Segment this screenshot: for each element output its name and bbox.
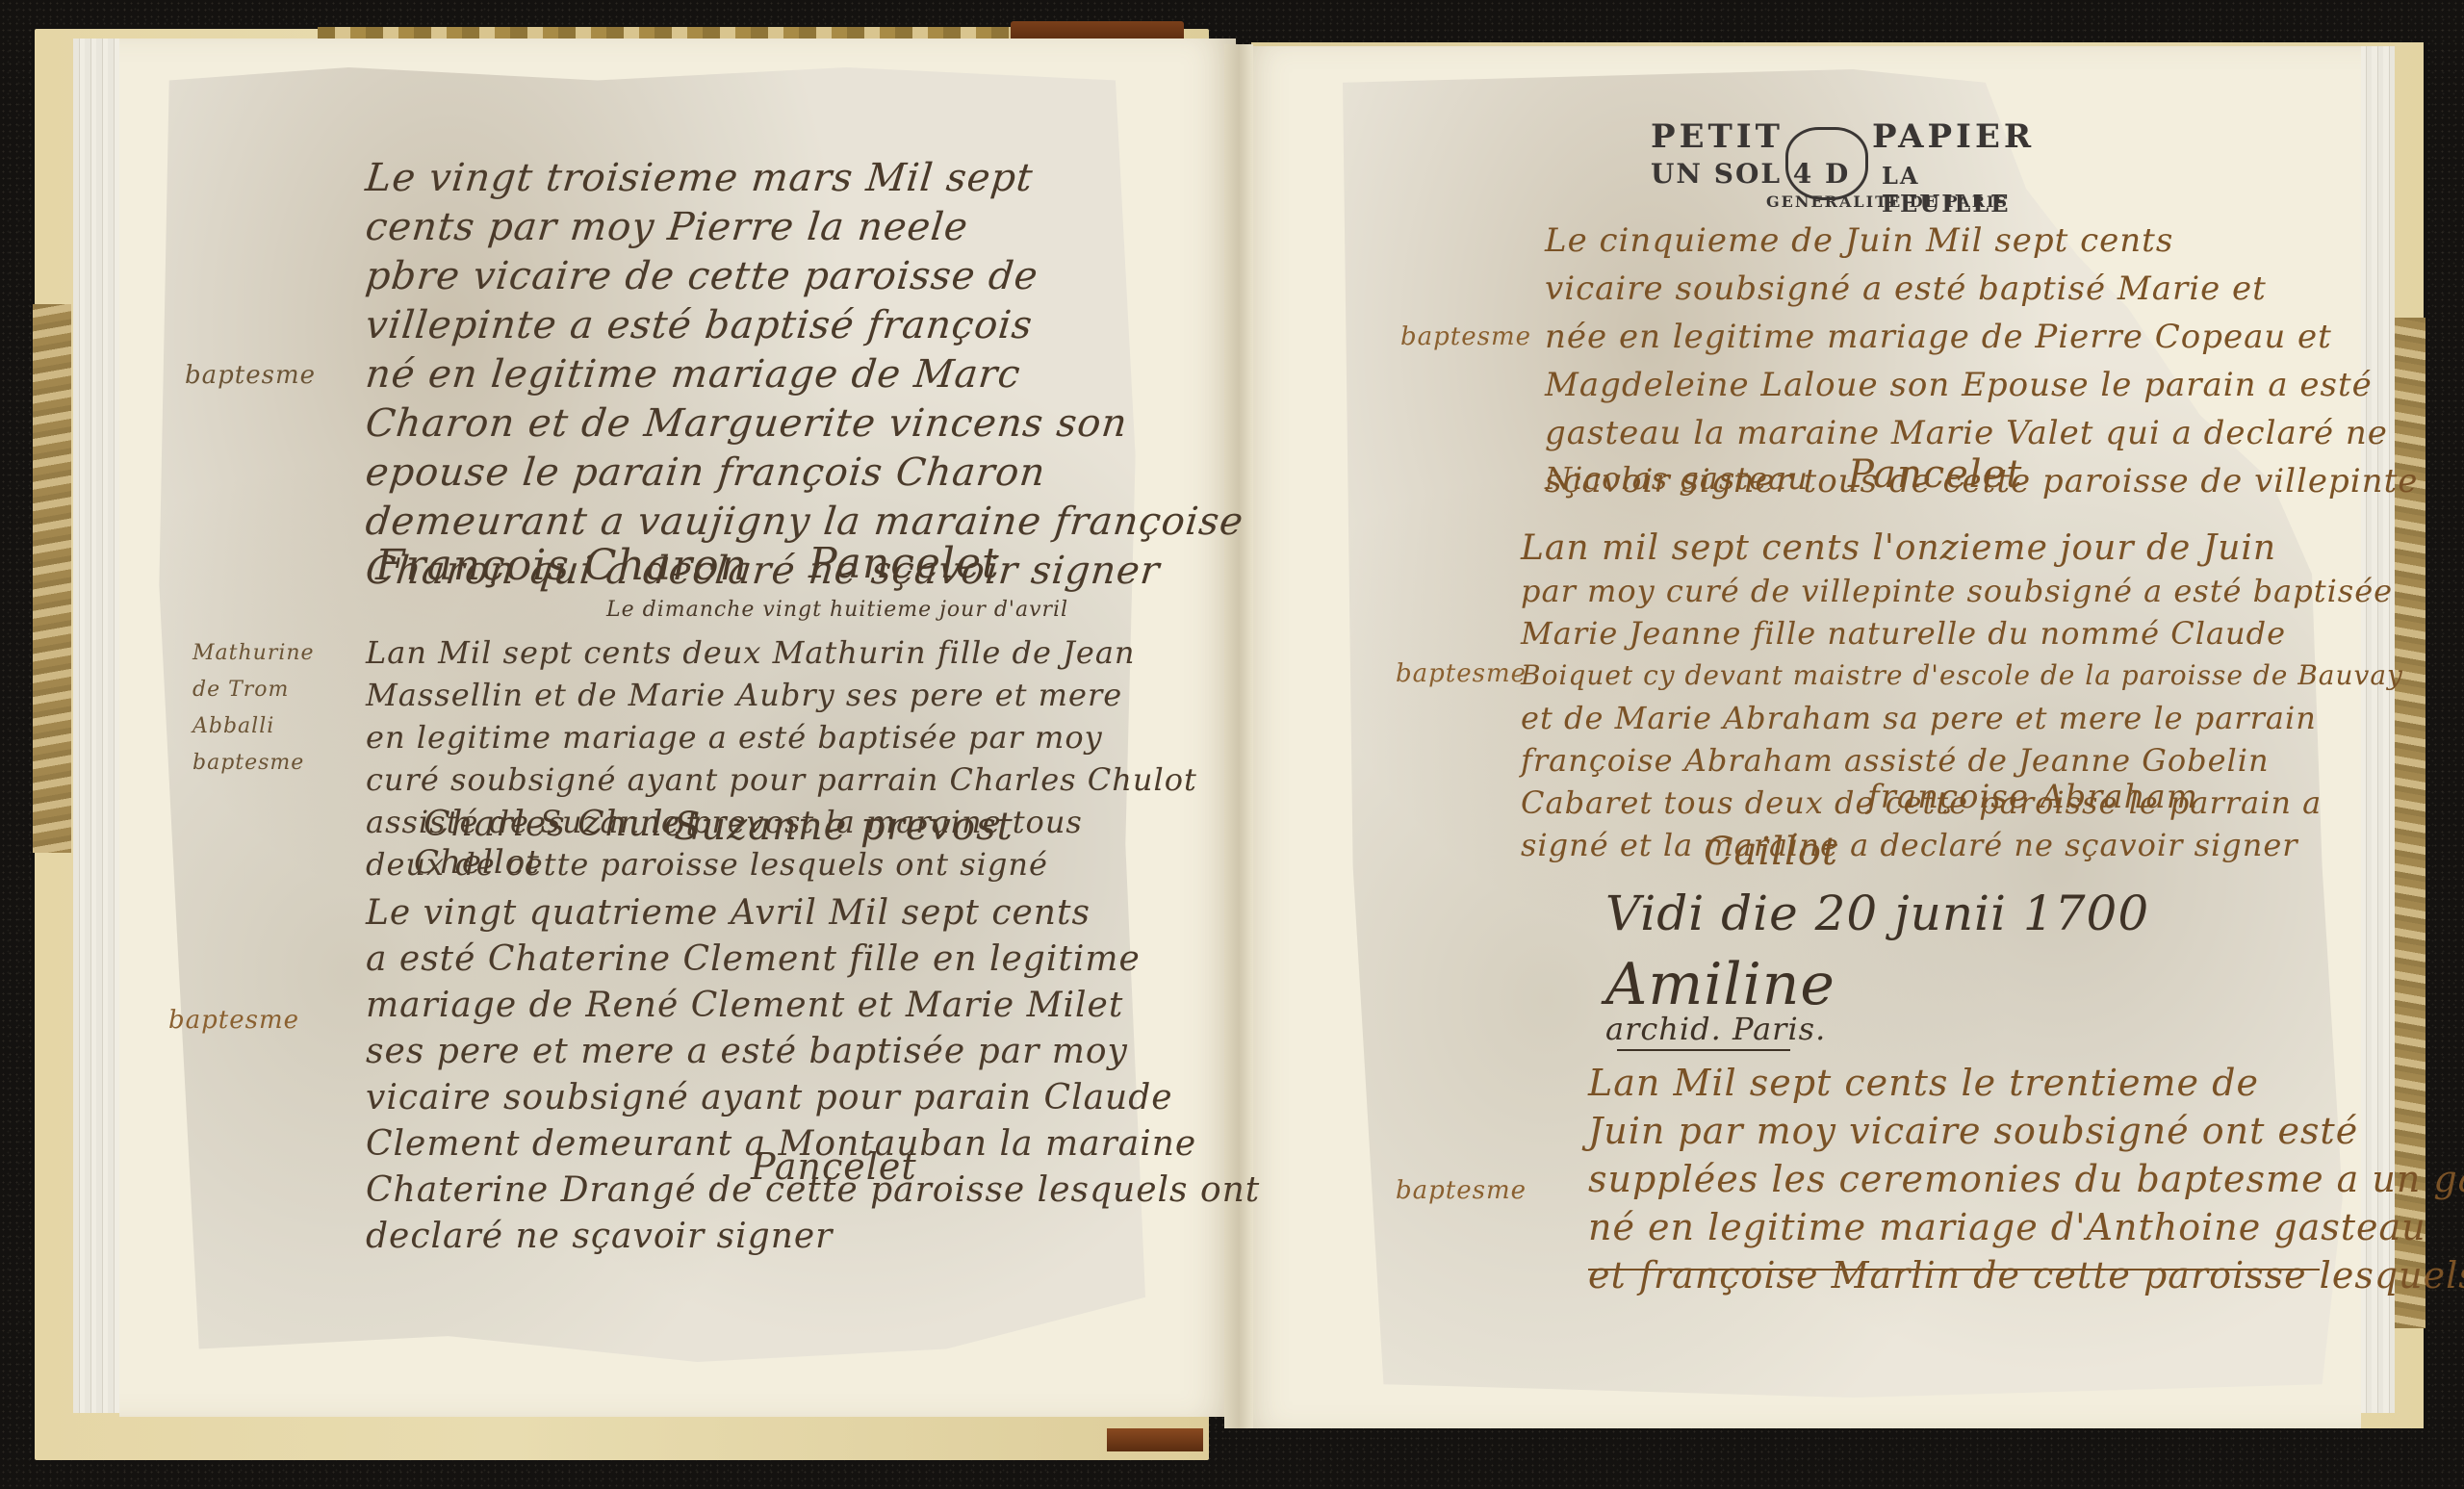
- margin-note-baptesme: baptesme: [185, 361, 316, 390]
- entry-line: née en legitime mariage de Pierre Copeau…: [1545, 313, 2418, 361]
- signature: Nicolas gasteau: [1545, 460, 1809, 497]
- underline-rule: [1617, 1049, 1790, 1051]
- entry-line: Charon et de Marguerite vincens son: [363, 399, 1245, 449]
- register-entry: Lan Mil sept cents le trentieme de Juin …: [1588, 1059, 2464, 1299]
- entry-line: declaré ne sçavoir signer: [366, 1214, 1260, 1260]
- signature: Suzanne prevost: [674, 805, 1014, 849]
- entry-line: Massellin et de Marie Aubry ses pere et …: [366, 674, 1197, 716]
- signature: Caillot: [1704, 830, 1838, 874]
- entry-line: Le cinquieme de Juin Mil sept cents: [1545, 217, 2418, 265]
- entry-line: et françoise Marlin de cette paroisse le…: [1588, 1251, 2464, 1299]
- entry-line: et de Marie Abraham sa pere et mere le p…: [1521, 697, 2403, 739]
- signature: Pancelet: [1848, 452, 2022, 497]
- signature: Chellot: [414, 843, 540, 882]
- entry-line: curé soubsigné ayant pour parrain Charle…: [366, 758, 1197, 801]
- entry-line: Le vingt troisieme mars Mil sept: [363, 154, 1245, 203]
- entry-line: cents par moy Pierre la neele: [363, 203, 1245, 252]
- entry-line: Magdeleine Laloue son Epouse le parain a…: [1545, 361, 2418, 409]
- page-edges-left: [73, 39, 121, 1413]
- entry-line: Lan mil sept cents l'onzieme jour de Jui…: [1521, 527, 2403, 570]
- signature: François Charon: [375, 541, 748, 590]
- entry-line: Boiquet cy devant maistre d'escole de la…: [1521, 655, 2403, 697]
- entry-line: Marie Jeanne fille naturelle du nommé Cl…: [1521, 612, 2403, 655]
- entry-line: vicaire soubsigné a esté baptisé Marie e…: [1545, 265, 2418, 313]
- underline-rule: [1588, 1269, 2320, 1271]
- entry-line: ses pere et mere a esté baptisée par moy: [366, 1029, 1260, 1075]
- entry-line: Le dimanche vingt huitieme jour d'avril: [366, 589, 1197, 631]
- entry-line: epouse le parain françois Charon: [363, 449, 1245, 498]
- margin-note-baptesme: baptesme: [1400, 322, 1531, 351]
- entry-line: en legitime mariage a esté baptisée par …: [366, 716, 1197, 758]
- signature: Pancelet: [808, 539, 1000, 588]
- entry-line: françoise Abraham assisté de Jeanne Gobe…: [1521, 739, 2403, 782]
- entry-line: pbre vicaire de cette paroisse de: [363, 252, 1245, 301]
- register-entry: Le vingt troisieme mars Mil sept cents p…: [366, 154, 1244, 596]
- entry-line: gasteau la maraine Marie Valet qui a dec…: [1545, 409, 2418, 457]
- entry-line: vicaire soubsigné ayant pour parain Clau…: [366, 1075, 1260, 1121]
- marbled-endpaper-left: [33, 304, 71, 853]
- visa-date: Vidi die 20 junii 1700: [1605, 886, 2149, 941]
- stamp-text: PAPIER: [1872, 117, 2035, 156]
- stamp-text: PETIT: [1651, 117, 1784, 156]
- visa-title: archid. Paris.: [1605, 1011, 1826, 1047]
- entry-line: Lan Mil sept cents deux Mathurin fille d…: [366, 631, 1197, 674]
- visa-signature: Amiline: [1605, 951, 1835, 1018]
- entry-line: supplées les ceremonies du baptesme a un…: [1588, 1155, 2464, 1203]
- entry-line: demeurant a vaujigny la maraine françois…: [363, 498, 1245, 547]
- margin-note-baptesme: baptesme: [1396, 659, 1527, 688]
- entry-line: signé et la maraine a declaré ne sçavoir…: [1521, 824, 2403, 866]
- entry-line: Lan Mil sept cents le trentieme de: [1588, 1059, 2464, 1107]
- margin-note-names: Mathurine de Trom Abballi baptesme: [192, 635, 327, 782]
- entry-line: mariage de René Clement et Marie Milet: [366, 983, 1260, 1029]
- register-entry: Le vingt quatrieme Avril Mil sept cents …: [366, 890, 1260, 1260]
- entry-line: Juin par moy vicaire soubsigné ont esté: [1588, 1107, 2464, 1155]
- signature: Pancelet: [751, 1145, 917, 1188]
- entry-line: Le vingt quatrieme Avril Mil sept cents: [366, 890, 1260, 937]
- entry-line: villepinte a esté baptisé françois: [363, 301, 1245, 350]
- signature: Charles Chulot: [423, 805, 701, 844]
- signature: françoise Abraham: [1867, 778, 2198, 816]
- entry-line: a esté Chaterine Clement fille en legiti…: [366, 937, 1260, 983]
- entry-line: par moy curé de villepinte soubsigné a e…: [1521, 570, 2403, 612]
- margin-note-baptesme: baptesme: [168, 1006, 299, 1035]
- leather-spine-bottom: [1107, 1428, 1203, 1451]
- photo-scene: baptesme Mathurine de Trom Abballi bapte…: [0, 0, 2464, 1489]
- margin-note-baptesme: baptesme: [1396, 1176, 1527, 1205]
- entry-line: né en legitime mariage de Marc: [363, 350, 1245, 399]
- royal-crest-icon: [1785, 127, 1868, 200]
- marbled-endpaper-top: [318, 27, 1011, 39]
- entry-line: né en legitime mariage d'Anthoine gastea…: [1588, 1203, 2464, 1251]
- tax-stamp: PETIT PAPIER UN SOL 4 D LA FEUILLE GENER…: [1641, 108, 2045, 223]
